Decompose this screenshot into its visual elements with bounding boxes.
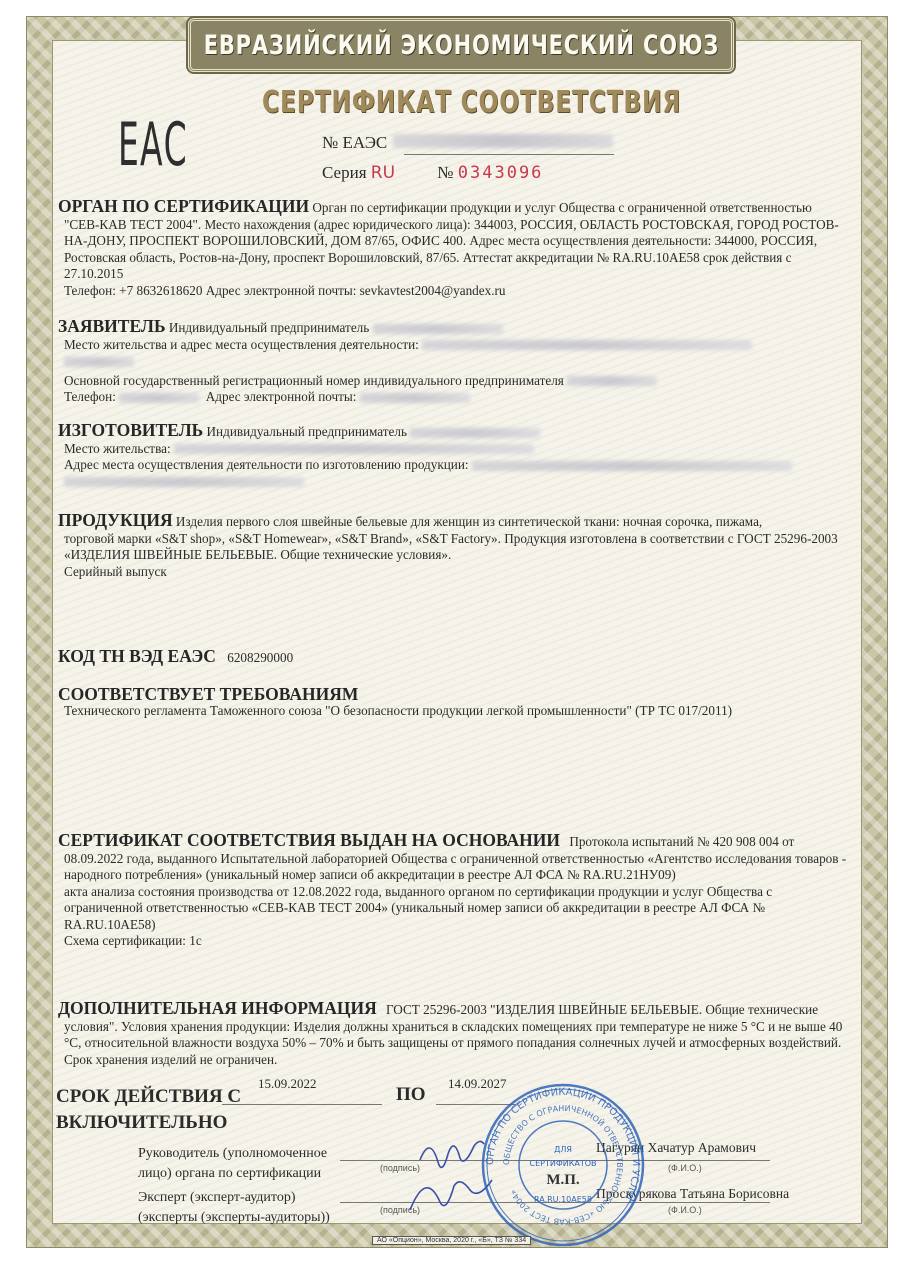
tn-ved-section: КОД ТН ВЭД ЕАЭС 6208290000 <box>58 648 848 667</box>
valid-from-date: 15.09.2022 <box>258 1076 317 1092</box>
official-stamp-icon: ОРГАН ПО СЕРТИФИКАЦИИ ПРОДУКЦИИ И УСЛУГ … <box>478 1080 648 1250</box>
additional-info-section: ДОПОЛНИТЕЛЬНАЯ ИНФОРМАЦИЯ ГОСТ 25296-200… <box>58 1000 848 1068</box>
additional-info-heading: ДОПОЛНИТЕЛЬНАЯ ИНФОРМАЦИЯ <box>58 998 377 1018</box>
certification-body-heading: ОРГАН ПО СЕРТИФИКАЦИИ <box>58 196 309 216</box>
series-value: RU <box>371 163 395 183</box>
eaes-number-underline <box>404 154 614 155</box>
valid-to-label: ПО <box>396 1084 426 1106</box>
blurred-phone <box>119 393 199 403</box>
validity-labels: СРОК ДЕЙСТВИЯ С ВКЛЮЧИТЕЛЬНО <box>56 1084 241 1136</box>
eac-logo-icon: ЕАС <box>118 110 188 180</box>
series-row: Серия RU № 0343096 <box>322 163 543 183</box>
blurred-address <box>422 340 752 350</box>
valid-from-underline <box>222 1104 382 1105</box>
svg-text:ДЛЯ: ДЛЯ <box>554 1145 572 1154</box>
product-section: ПРОДУКЦИЯ Изделия первого слоя швейные б… <box>58 512 848 580</box>
svg-text:RA.RU.10AE58: RA.RU.10AE58 <box>534 1195 592 1204</box>
blurred-production-address <box>472 461 792 471</box>
blurred-name <box>410 428 540 438</box>
basis-section: СЕРТИФИКАТ СООТВЕТСТВИЯ ВЫДАН НА ОСНОВАН… <box>58 832 848 950</box>
blurred-email <box>360 393 470 403</box>
svg-text:М.П.: М.П. <box>546 1172 580 1188</box>
manufacturer-section: ИЗГОТОВИТЕЛЬ Индивидуальный предпринимат… <box>58 422 848 490</box>
printer-imprint: АО «Опцион», Москва, 2020 г., «Б», ТЗ № … <box>372 1236 531 1245</box>
blurred-name <box>373 324 503 334</box>
union-title: ЕВРАЗИЙСКИЙ ЭКОНОМИЧЕСКИЙ СОЮЗ <box>203 30 718 61</box>
requirements-section: СООТВЕТСТВУЕТ ТРЕБОВАНИЯМ Технического р… <box>58 686 848 719</box>
svg-text:СЕРТИФИКАТОВ: СЕРТИФИКАТОВ <box>529 1159 596 1168</box>
requirements-heading: СООТВЕТСТВУЕТ ТРЕБОВАНИЯМ <box>58 686 848 703</box>
applicant-section: ЗАЯВИТЕЛЬ Индивидуальный предприниматель… <box>58 318 848 406</box>
blurred-ogrn <box>567 376 657 386</box>
certification-body-section: ОРГАН ПО СЕРТИФИКАЦИИ Орган по сертифика… <box>58 198 848 299</box>
applicant-heading: ЗАЯВИТЕЛЬ <box>58 316 166 336</box>
blurred-production-address-cont <box>64 477 304 487</box>
blurred-address-cont <box>64 357 134 367</box>
union-banner: ЕВРАЗИЙСКИЙ ЭКОНОМИЧЕСКИЙ СОЮЗ <box>188 18 734 72</box>
certificate-title: СЕРТИФИКАТ СООТВЕТСТВИЯ <box>262 85 574 120</box>
blurred-residence <box>174 444 534 454</box>
head-label: Руководитель (уполномоченное лицо) орган… <box>138 1144 327 1184</box>
manufacturer-heading: ИЗГОТОВИТЕЛЬ <box>58 420 203 440</box>
tn-ved-heading: КОД ТН ВЭД ЕАЭС <box>58 646 216 666</box>
expert-label: Эксперт (эксперт-аудитор) (эксперты (экс… <box>138 1188 330 1228</box>
serial-number: 0343096 <box>458 163 544 183</box>
eaes-number: № ЕАЭС <box>322 133 613 153</box>
eaes-number-blurred <box>393 134 613 148</box>
basis-heading: СЕРТИФИКАТ СООТВЕТСТВИЯ ВЫДАН НА ОСНОВАН… <box>58 830 560 850</box>
product-heading: ПРОДУКЦИЯ <box>58 510 173 530</box>
tn-ved-code: 6208290000 <box>227 650 293 665</box>
